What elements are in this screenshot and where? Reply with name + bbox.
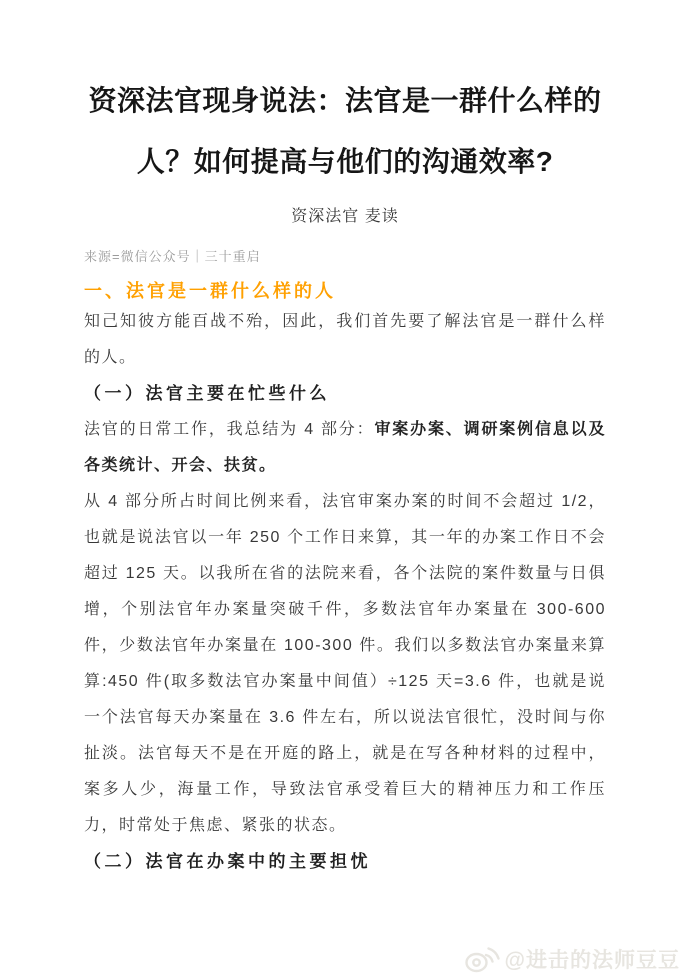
subheading-1: （一）法官主要在忙些什么 xyxy=(84,376,606,412)
weibo-icon xyxy=(464,944,500,974)
subheading-2: （二）法官在办案中的主要担忧 xyxy=(84,844,606,880)
page-title: 资深法官现身说法：法官是一群什么样的 人？如何提高与他们的沟通效率? xyxy=(22,70,668,192)
page-title-line-2: 人？如何提高与他们的沟通效率? xyxy=(22,131,668,192)
section-heading: 一、法官是一群什么样的人 xyxy=(84,279,606,304)
source-line: 来源=微信公众号｜三十重启 xyxy=(84,247,606,266)
intro-paragraph: 知己知彼方能百战不殆，因此，我们首先要了解法官是一群什么样的人。 xyxy=(84,304,606,376)
page-title-line-1: 资深法官现身说法：法官是一群什么样的 xyxy=(22,70,668,131)
paragraph-daily-work-lead: 法官的日常工作，我总结为 4 部分： xyxy=(84,421,374,438)
paragraph-caseload: 从 4 部分所占时间比例来看，法官审案办案的时间不会超过 1/2，也就是说法官以… xyxy=(84,484,606,844)
paragraph-daily-work: 法官的日常工作，我总结为 4 部分：审案办案、调研案例信息以及各类统计、开会、扶… xyxy=(84,412,606,484)
article-content: 来源=微信公众号｜三十重启 一、法官是一群什么样的人 知己知彼方能百战不殆，因此… xyxy=(0,247,690,880)
watermark-text: @进击的法师豆豆 xyxy=(505,944,680,974)
article-page: 资深法官现身说法：法官是一群什么样的 人？如何提高与他们的沟通效率? 资深法官 … xyxy=(0,0,690,976)
watermark: @进击的法师豆豆 xyxy=(464,944,680,974)
article-byline: 资深法官 麦读 xyxy=(0,205,690,228)
